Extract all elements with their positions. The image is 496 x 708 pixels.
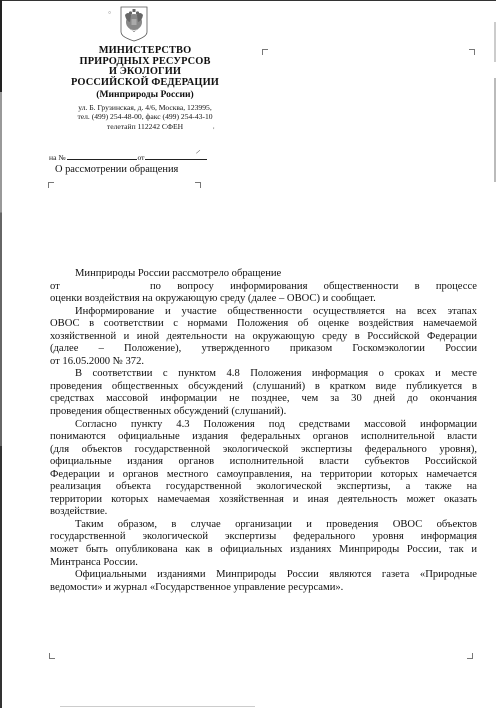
russian-coat-of-arms-icon (119, 6, 149, 42)
corner-mark-top-right (195, 182, 201, 188)
corner-mark-bottom-left (49, 653, 55, 659)
paragraph-line: В соответствии с пунктом 4.8 Положения и… (50, 368, 477, 381)
paragraph-line: может быть опубликована как в официальны… (50, 544, 477, 557)
letter-body: Минприроды России рассмотрело обращение … (50, 268, 477, 594)
paragraph-line: Таким образом, в случае организации и пр… (50, 519, 477, 532)
ministry-address: ул. Б. Грузинская, д. 4/6, Москва, 12399… (30, 103, 260, 131)
from-label: от (50, 281, 150, 294)
paragraph-line-rest: по вопросу информирования общественности… (150, 281, 477, 292)
paragraph-line: Минтранса России. (50, 557, 477, 570)
letter-subject: О рассмотрении обращения (55, 164, 178, 176)
emblem-registration-mark: ○ (108, 11, 111, 16)
paragraph-line: (для объектов государственной экологичес… (50, 444, 477, 457)
ministry-name-line: РОССИЙСКОЙ ФЕДЕРАЦИИ (70, 78, 220, 89)
reference-line: на № от (49, 151, 207, 163)
paragraph-line: Информирование и участие общественности … (50, 306, 477, 319)
paragraph-line: проведения общественных обсуждений (слуш… (50, 406, 477, 419)
scan-edge-bottom (60, 706, 255, 707)
address-line: тел. (499) 254-48-00, факс (499) 254-43-… (30, 112, 260, 121)
ministry-short-name: (Минприроды России) (70, 89, 220, 100)
paragraph-line: территории которых намечаемая хозяйствен… (50, 494, 477, 507)
address-line: ул. Б. Грузинская, д. 4/6, Москва, 12399… (30, 103, 260, 112)
paragraph-line: Согласно пункту 4.3 Положения под средст… (50, 419, 477, 432)
ministry-name-line: МИНИСТЕРСТВО (70, 46, 220, 57)
reference-number-label: на № (49, 153, 66, 162)
address-line: телетайп 112242 СФЕН (30, 122, 260, 131)
scan-edge-left (0, 0, 2, 708)
paragraph-line: отпо вопросу информирования общественнос… (50, 281, 477, 294)
paragraph-line: ОВОС в соответствии с нормами Положения … (50, 318, 477, 331)
paragraph-line: (далее – Положение), утвержденного прика… (50, 343, 477, 356)
corner-mark-bottom-right (467, 653, 473, 659)
paragraph-line: хозяйственной и иной деятельности на окр… (50, 331, 477, 344)
corner-mark-top-left (48, 182, 54, 188)
ministry-name: МИНИСТЕРСТВО ПРИРОДНЫХ РЕСУРСОВ И ЭКОЛОГ… (70, 46, 220, 88)
corner-mark-top-right (469, 49, 475, 55)
reference-date-label: от (137, 153, 144, 162)
paragraph-line: проведения общественных обсуждений (слуш… (50, 381, 477, 394)
scan-mark: , (213, 124, 215, 130)
paragraph-line: Минприроды России рассмотрело обращение (50, 268, 477, 281)
scan-edge-top (0, 0, 496, 1)
paragraph-line: понимаются официальные издания федеральн… (50, 431, 477, 444)
paragraph-line: воздействие. (50, 506, 477, 519)
paragraph-line: реализация объекта государственной эколо… (50, 481, 477, 494)
paragraph-line: Официальными изданиями Минприроды России… (50, 569, 477, 582)
paragraph-line: ведомости» и журнал «Государственное упр… (50, 582, 477, 595)
paragraph-line: государственной экологической экспертизы… (50, 531, 477, 544)
paragraph-line: средствах массовой информации не позднее… (50, 393, 477, 406)
paragraph-line: оценки воздействия на окружающую среду (… (50, 293, 477, 306)
corner-mark-top-left (262, 49, 268, 55)
paragraph-line: официальные издания органов исполнительн… (50, 456, 477, 469)
reference-number-field[interactable] (67, 151, 137, 160)
paragraph-line: от 16.05.2000 № 372. (50, 356, 477, 369)
paragraph-line: Федерации и органов местного самоуправле… (50, 469, 477, 482)
